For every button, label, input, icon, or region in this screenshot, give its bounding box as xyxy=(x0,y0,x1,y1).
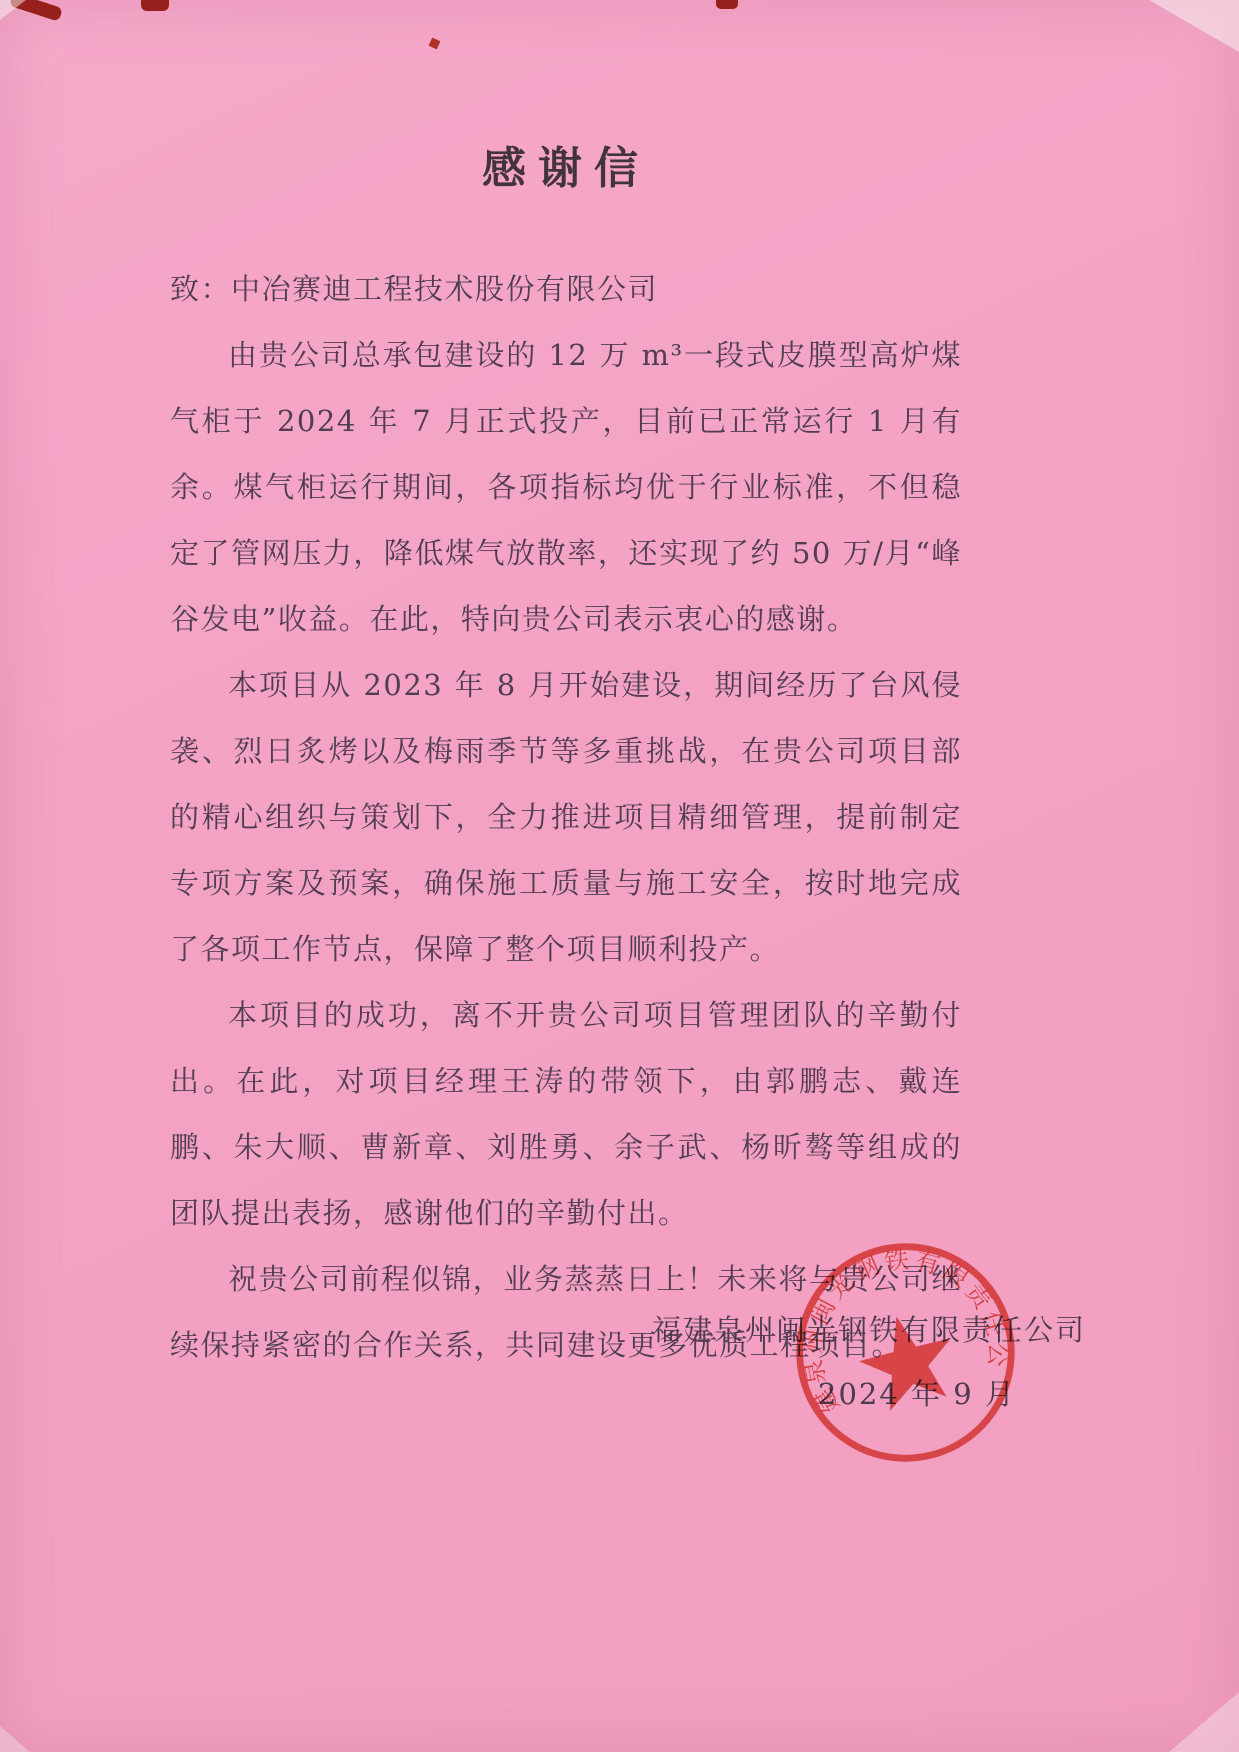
letter-date: 2024 年 9 月 xyxy=(818,1372,1016,1413)
scan-artifact-mark xyxy=(141,0,169,11)
letter-title: 感谢信 xyxy=(170,0,962,196)
company-signature: 福建泉州闽光钢铁有限责任公司 xyxy=(652,1308,1086,1349)
letter-paragraph: 本项目的成功，离不开贵公司项目管理团队的辛勤付出。在此，对项目经理王涛的带领下，… xyxy=(170,982,962,1246)
letter-paragraph: 由贵公司总承包建设的 12 万 m³一段式皮膜型高炉煤气柜于 2024 年 7 … xyxy=(170,322,962,652)
scan-corner xyxy=(0,1726,30,1752)
letter-paragraph: 本项目从 2023 年 8 月开始建设，期间经历了台风侵袭、烈日炙烤以及梅雨季节… xyxy=(170,652,962,982)
scan-corner xyxy=(1169,1692,1239,1752)
letter-body: 致：中冶赛迪工程技术股份有限公司 由贵公司总承包建设的 12 万 m³一段式皮膜… xyxy=(170,256,962,1378)
letter-salutation: 致：中冶赛迪工程技术股份有限公司 xyxy=(170,256,962,322)
scan-corner xyxy=(1149,0,1239,52)
letter-content: 感谢信 致：中冶赛迪工程技术股份有限公司 由贵公司总承包建设的 12 万 m³一… xyxy=(170,0,962,1378)
letter-page: 感谢信 致：中冶赛迪工程技术股份有限公司 由贵公司总承包建设的 12 万 m³一… xyxy=(0,0,1239,1752)
